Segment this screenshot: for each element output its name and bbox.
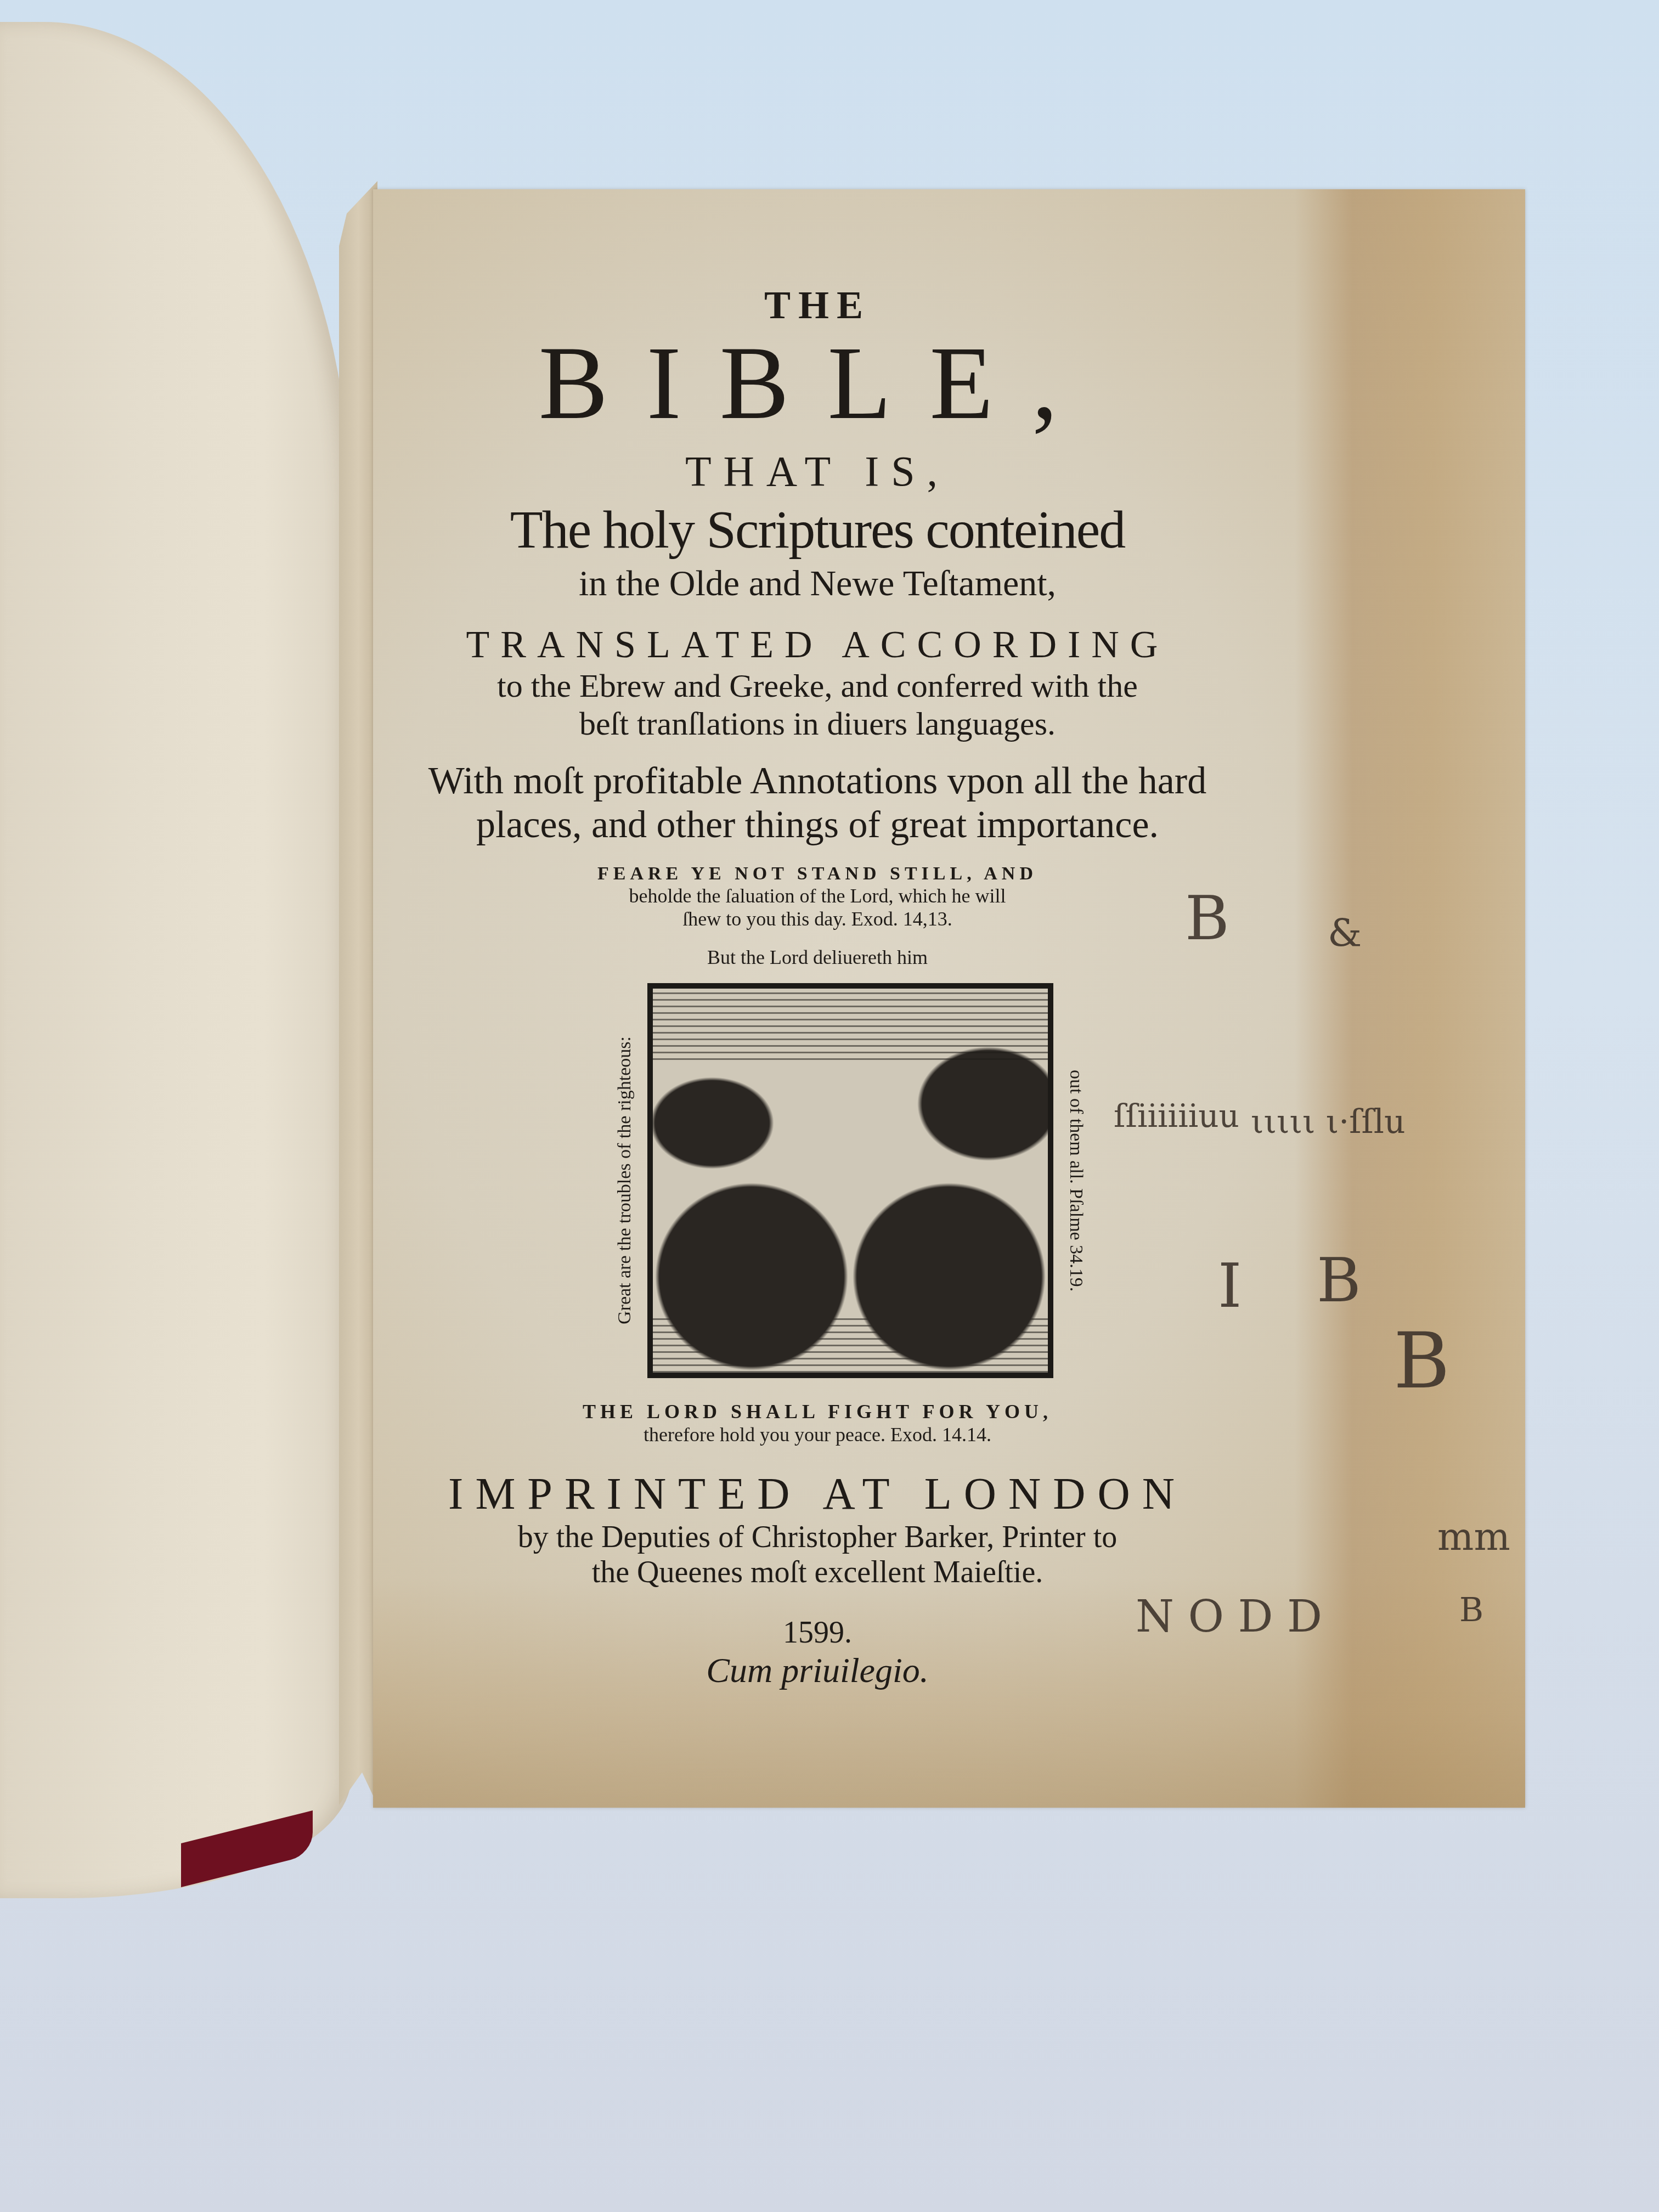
imprint-heading: IMPRINTED AT LONDON	[373, 1468, 1262, 1520]
translated-line-1: to the Ebrew and Greeke, and conferred w…	[373, 667, 1262, 705]
epigraph-top-line-1: beholde the ſaluation of the Lord, which…	[373, 884, 1262, 907]
subtitle-holy-scriptures: The holy Scriptures conteined	[373, 499, 1262, 561]
title-that-is: THAT IS,	[373, 447, 1262, 496]
manuscript-mark-offset-i: I	[1218, 1251, 1242, 1321]
manuscript-mark-offset-b-bottom: B	[1459, 1591, 1483, 1629]
woodcut-crossing-red-sea-icon	[647, 983, 1053, 1378]
woodcut-frame-row: Great are the troubles of the righteous:…	[373, 983, 1262, 1378]
manuscript-mark-ink-b-large: B	[1393, 1317, 1450, 1406]
epigraph-top-heading: FEARE YE NOT STAND STILL, AND	[373, 864, 1262, 884]
epigraph-bottom-heading: THE LORD SHALL FIGHT FOR YOU,	[373, 1400, 1262, 1423]
cum-privilegio: Cum priuilegio.	[373, 1650, 1262, 1691]
manuscript-mark-offset-b-mid: B	[1317, 1245, 1361, 1316]
facing-blank-page	[0, 22, 351, 1898]
manuscript-mark-scribble-ampersand: &	[1328, 911, 1362, 956]
title-the: THE	[373, 283, 1262, 328]
gutter-stub	[339, 181, 377, 1805]
epigraph-top-line-2: ſhew to you this day. Exod. 14,13.	[373, 907, 1262, 930]
woodcut-caption-left: Great are the troubles of the righteous:	[614, 983, 635, 1378]
water-stain-right	[1295, 189, 1525, 1808]
title-text-block: THE BIBLE, THAT IS, The holy Scriptures …	[373, 189, 1262, 1691]
imprint-year: 1599.	[373, 1615, 1262, 1650]
manuscript-mark-scribble-mm: mm	[1437, 1514, 1510, 1559]
woodcut-caption-top: But the Lord deliuereth him	[373, 946, 1262, 969]
title-page: THE BIBLE, THAT IS, The holy Scriptures …	[373, 189, 1525, 1808]
manuscript-mark-scribble-rotated: ſſiiiiiiuu	[1114, 1097, 1239, 1135]
epigraph-bottom-line: therefore hold you your peace. Exod. 14.…	[373, 1423, 1262, 1446]
imprint-majesty-line: the Queenes moſt excellent Maieſtie.	[373, 1555, 1262, 1590]
annotations-line-2: places, and other things of great import…	[373, 803, 1262, 847]
manuscript-mark-stamp-nodd: N O D D	[1136, 1591, 1322, 1642]
translated-heading: TRANSLATED ACCORDING	[373, 623, 1262, 667]
subtitle-olde-newe: in the Olde and Newe Teſtament,	[373, 563, 1262, 605]
translated-line-2: beſt tranſlations in diuers languages.	[373, 705, 1262, 743]
imprint-printer-line: by the Deputies of Christopher Barker, P…	[373, 1520, 1262, 1555]
title-bible: BIBLE,	[373, 331, 1262, 436]
annotations-line-1: With moſt profitable Annotations vpon al…	[373, 759, 1262, 803]
manuscript-mark-offset-b-top: B	[1185, 883, 1229, 953]
woodcut-caption-right: out of them all. Pſalme 34.19.	[1065, 983, 1086, 1378]
manuscript-mark-scribble-mid: ιιιιι ι·ſſlu	[1251, 1103, 1406, 1141]
